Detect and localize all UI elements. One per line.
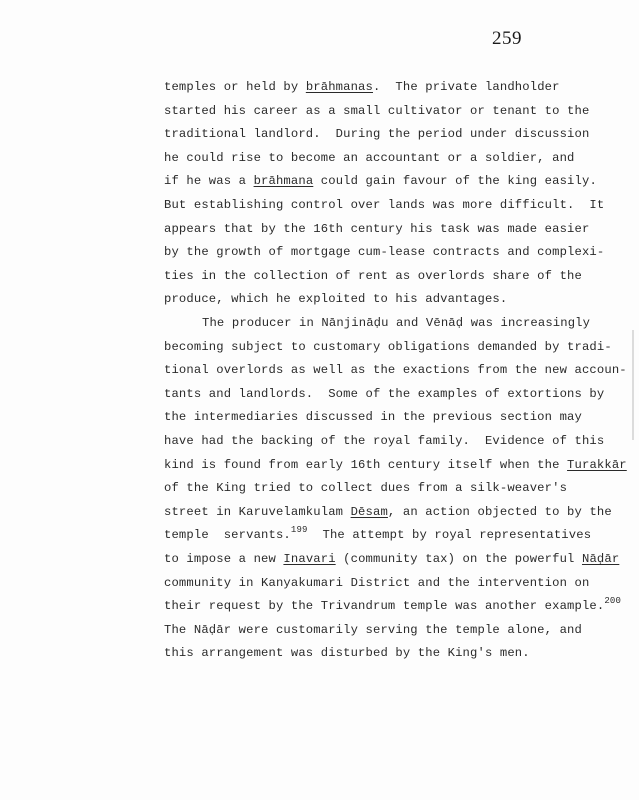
page-number: 259 xyxy=(492,28,522,50)
text-line: this arrangement was disturbed by the Ki… xyxy=(164,646,530,660)
text-line: temple servants.199 The attempt by royal… xyxy=(164,528,591,542)
text-run: The producer in Nānjināḍu and Vēnāḍ was … xyxy=(202,316,590,330)
text-run: But establishing control over lands was … xyxy=(164,198,604,212)
text-run: the intermediaries discussed in the prev… xyxy=(164,410,582,424)
text-line: appears that by the 16th century his tas… xyxy=(164,222,589,236)
text-line: of the King tried to collect dues from a… xyxy=(164,481,567,495)
text-line: kind is found from early 16th century it… xyxy=(164,458,627,472)
text-line: tants and landlords. Some of the example… xyxy=(164,387,604,401)
text-run: kind is found from early 16th century it… xyxy=(164,458,567,472)
text-run: to impose a new xyxy=(164,552,283,566)
text-line: by the growth of mortgage cum-lease cont… xyxy=(164,245,604,259)
text-run: (community tax) on the powerful xyxy=(336,552,582,566)
underlined-term: Turakkār xyxy=(567,458,627,472)
text-run: could gain favour of the king easily. xyxy=(313,174,597,188)
text-line: ties in the collection of rent as overlo… xyxy=(164,269,582,283)
text-line: started his career as a small cultivator… xyxy=(164,104,589,118)
text-run: by the growth of mortgage cum-lease cont… xyxy=(164,245,604,259)
text-run: becoming subject to customary obligation… xyxy=(164,340,612,354)
text-run: have had the backing of the royal family… xyxy=(164,434,604,448)
text-line: street in Karuvelamkulam Dēsam, an actio… xyxy=(164,505,612,519)
text-run: their request by the Trivandrum temple w… xyxy=(164,599,604,613)
text-run: he could rise to become an accountant or… xyxy=(164,151,575,165)
text-run: temples or held by xyxy=(164,80,306,94)
text-line: he could rise to become an accountant or… xyxy=(164,151,575,165)
text-run: started his career as a small cultivator… xyxy=(164,104,589,118)
text-line: community in Kanyakumari District and th… xyxy=(164,576,589,590)
text-run: tants and landlords. Some of the example… xyxy=(164,387,604,401)
text-run: , an action objected to by the xyxy=(388,505,612,519)
text-line: temples or held by brāhmanas. The privat… xyxy=(164,80,560,94)
text-line: The producer in Nānjināḍu and Vēnāḍ was … xyxy=(202,316,590,330)
document-page: 259 temples or held by brāhmanas. The pr… xyxy=(0,0,639,800)
text-line: The Nāḍār were customarily serving the t… xyxy=(164,623,582,637)
text-run: this arrangement was disturbed by the Ki… xyxy=(164,646,530,660)
text-run: street in Karuvelamkulam xyxy=(164,505,351,519)
text-line: to impose a new Inavari (community tax) … xyxy=(164,552,619,566)
underlined-term: Nāḍār xyxy=(582,552,619,566)
text-run: produce, which he exploited to his advan… xyxy=(164,292,507,306)
text-line: have had the backing of the royal family… xyxy=(164,434,604,448)
text-run: if he was a xyxy=(164,174,254,188)
text-line: their request by the Trivandrum temple w… xyxy=(164,599,621,613)
text-line: becoming subject to customary obligation… xyxy=(164,340,612,354)
underlined-term: Dēsam xyxy=(351,505,388,519)
text-line: if he was a brāhmana could gain favour o… xyxy=(164,174,597,188)
footnote-ref: 200 xyxy=(604,596,621,606)
underlined-term: brāhmanas xyxy=(306,80,373,94)
text-line: But establishing control over lands was … xyxy=(164,198,604,212)
text-run: temple servants. xyxy=(164,528,291,542)
text-line: produce, which he exploited to his advan… xyxy=(164,292,507,306)
underlined-term: Inavari xyxy=(283,552,335,566)
text-line: tional overlords as well as the exaction… xyxy=(164,363,627,377)
text-run: appears that by the 16th century his tas… xyxy=(164,222,589,236)
text-line: the intermediaries discussed in the prev… xyxy=(164,410,582,424)
underlined-term: brāhmana xyxy=(254,174,314,188)
footnote-ref: 199 xyxy=(291,525,308,535)
text-run: tional overlords as well as the exaction… xyxy=(164,363,627,377)
text-run: . The private landholder xyxy=(373,80,560,94)
text-line: traditional landlord. During the period … xyxy=(164,127,589,141)
text-run: of the King tried to collect dues from a… xyxy=(164,481,567,495)
text-run: The Nāḍār were customarily serving the t… xyxy=(164,623,582,637)
text-run: ties in the collection of rent as overlo… xyxy=(164,269,582,283)
text-run: traditional landlord. During the period … xyxy=(164,127,589,141)
scan-edge-artifact xyxy=(632,330,634,440)
text-run: community in Kanyakumari District and th… xyxy=(164,576,589,590)
text-run: The attempt by royal representatives xyxy=(308,528,592,542)
